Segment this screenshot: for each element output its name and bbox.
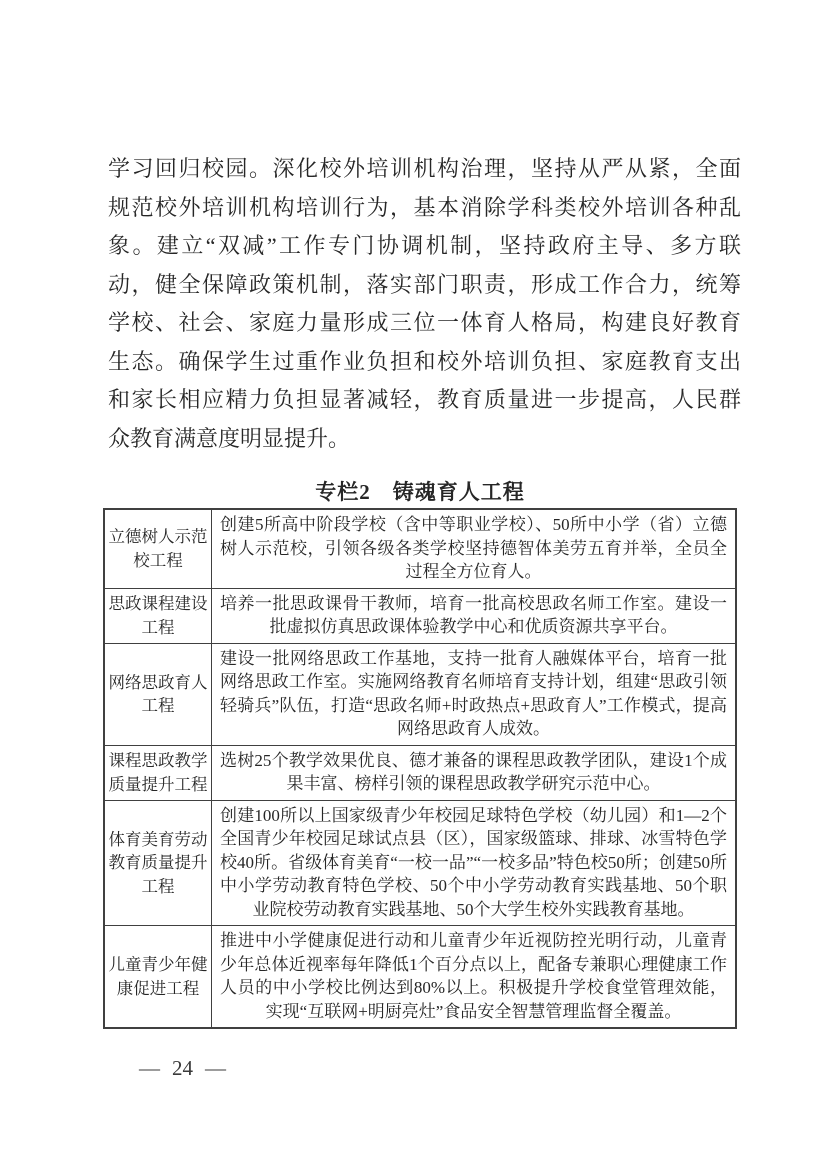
project-name-cell: 思政课程建设工程 [105, 589, 212, 643]
body-text-line: 和家长相应精力负担显著减轻，教育质量进一步提高，人民群 [108, 381, 741, 420]
project-name-cell: 网络思政育人工程 [105, 644, 212, 745]
body-text-line: 规范校外培训机构培训行为，基本消除学科类校外培训各种乱 [108, 189, 741, 228]
table-row: 课程思政教学质量提升工程 选树25个教学效果优良、德才兼备的课程思政教学团队，建… [105, 745, 735, 800]
page-number-value: 24 [172, 1056, 193, 1081]
projects-table: 立德树人示范校工程 创建5所高中阶段学校（含中等职业学校）、50所中小学（省）立… [103, 508, 737, 1029]
body-text-line: 生态。确保学生过重作业负担和校外培训负担、家庭教育支出 [108, 343, 741, 382]
project-name-cell: 课程思政教学质量提升工程 [105, 746, 212, 800]
table-row: 儿童青少年健康促进工程 推进中小学健康促进行动和儿童青少年近视防控光明行动，儿童… [105, 925, 735, 1027]
table-row: 体育美育劳动教育质量提升工程 创建100所以上国家级青少年校园足球特色学校（幼儿… [105, 800, 735, 926]
project-description-cell: 建设一批网络思政工作基地，支持一批育人融媒体平台，培育一批网络思政工作室。实施网… [212, 644, 735, 745]
project-name-cell: 儿童青少年健康促进工程 [105, 926, 212, 1027]
project-name-cell: 立德树人示范校工程 [105, 510, 212, 588]
body-paragraph: 学习回归校园。深化校外培训机构治理，坚持从严从紧，全面 规范校外培训机构培训行为… [108, 150, 741, 458]
body-text-line: 众教育满意度明显提升。 [108, 420, 741, 459]
body-text-line: 象。建立“双减”工作专门协调机制，坚持政府主导、多方联 [108, 227, 741, 266]
project-description-cell: 选树25个教学效果优良、德才兼备的课程思政教学团队，建设1个成果丰富、榜样引领的… [212, 746, 735, 800]
table-title: 专栏2 铸魂育人工程 [103, 478, 737, 506]
table-row: 网络思政育人工程 建设一批网络思政工作基地，支持一批育人融媒体平台，培育一批网络… [105, 643, 735, 745]
page-number-dash-left: — [139, 1056, 160, 1081]
project-description-cell: 培养一批思政课骨干教师，培育一批高校思政名师工作室。建设一批虚拟仿真思政课体验教… [212, 589, 735, 643]
table-row: 立德树人示范校工程 创建5所高中阶段学校（含中等职业学校）、50所中小学（省）立… [105, 510, 735, 588]
project-description-cell: 创建100所以上国家级青少年校园足球特色学校（幼儿园）和1—2个全国青少年校园足… [212, 801, 735, 926]
table-row: 思政课程建设工程 培养一批思政课骨干教师，培育一批高校思政名师工作室。建设一批虚… [105, 588, 735, 643]
page-number: — 24 — [139, 1056, 226, 1081]
project-description-cell: 推进中小学健康促进行动和儿童青少年近视防控光明行动，儿童青少年总体近视率每年降低… [212, 926, 735, 1027]
page-number-dash-right: — [205, 1056, 226, 1081]
project-description-cell: 创建5所高中阶段学校（含中等职业学校）、50所中小学（省）立德树人示范校，引领各… [212, 510, 735, 588]
body-text-line: 学习回归校园。深化校外培训机构治理，坚持从严从紧，全面 [108, 150, 741, 189]
body-text-line: 动，健全保障政策机制，落实部门职责，形成工作合力，统筹 [108, 266, 741, 305]
body-text-line: 学校、社会、家庭力量形成三位一体育人格局，构建良好教育 [108, 304, 741, 343]
document-page: { "paragraph": { "lines": [ "学习回归校园。深化校外… [0, 0, 826, 1169]
project-name-cell: 体育美育劳动教育质量提升工程 [105, 801, 212, 926]
